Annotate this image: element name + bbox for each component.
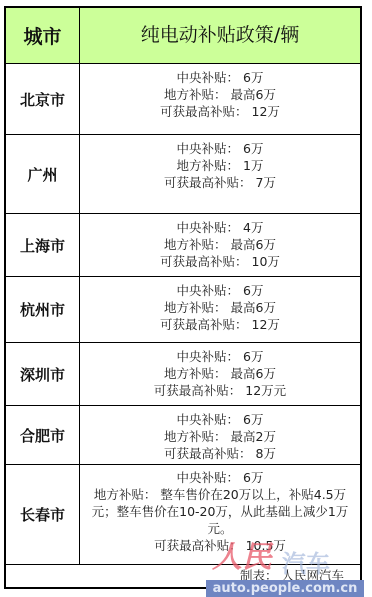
city-cell: 长春市	[6, 465, 80, 564]
max-subsidy: 可获最高补贴： 12万	[160, 316, 280, 333]
city-cell: 广州	[6, 135, 80, 213]
watermark-logo-red: 人民	[212, 532, 272, 576]
city-cell: 深圳市	[6, 343, 80, 405]
city-cell: 北京市	[6, 64, 80, 134]
policy-cell: 中央补贴： 6万 地方补贴： 最高6万 可获最高补贴： 12万元	[80, 343, 360, 405]
table-row: 广州 中央补贴： 6万 地方补贴： 1万 可获最高补贴： 7万	[6, 135, 360, 214]
policy-cell: 中央补贴： 6万 地方补贴： 最高2万 可获最高补贴： 8万	[80, 406, 360, 464]
city-cell: 上海市	[6, 214, 80, 276]
watermark-logo-blue: 汽车	[282, 544, 330, 579]
central-subsidy: 中央补贴： 6万	[177, 469, 264, 486]
max-subsidy: 可获最高补贴： 7万	[164, 174, 276, 191]
policy-cell: 中央补贴： 4万 地方补贴： 最高6万 可获最高补贴： 10万	[80, 214, 360, 276]
central-subsidy: 中央补贴： 6万	[177, 348, 264, 365]
policy-cell: 中央补贴： 6万 地方补贴： 最高6万 可获最高补贴： 12万	[80, 64, 360, 134]
table-row: 上海市 中央补贴： 4万 地方补贴： 最高6万 可获最高补贴： 10万	[6, 214, 360, 277]
watermark-url: auto.people.com.cn	[206, 580, 364, 597]
central-subsidy: 中央补贴： 6万	[177, 69, 264, 86]
city-cell: 杭州市	[6, 277, 80, 342]
subsidy-table: 城市 纯电动补贴政策/辆 北京市 中央补贴： 6万 地方补贴： 最高6万 可获最…	[4, 6, 362, 589]
table-row: 杭州市 中央补贴： 6万 地方补贴： 最高6万 可获最高补贴： 12万	[6, 277, 360, 343]
local-subsidy: 地方补贴： 最高6万	[164, 236, 276, 253]
local-subsidy: 地方补贴： 1万	[177, 157, 264, 174]
local-subsidy: 地方补贴： 最高6万	[164, 86, 276, 103]
table-row: 合肥市 中央补贴： 6万 地方补贴： 最高2万 可获最高补贴： 8万	[6, 406, 360, 465]
local-subsidy: 地方补贴： 最高6万	[164, 365, 276, 382]
max-subsidy: 可获最高补贴： 10万	[160, 253, 280, 270]
table-row: 深圳市 中央补贴： 6万 地方补贴： 最高6万 可获最高补贴： 12万元	[6, 343, 360, 406]
central-subsidy: 中央补贴： 4万	[177, 219, 264, 236]
policy-cell: 中央补贴： 6万 地方补贴： 1万 可获最高补贴： 7万	[80, 135, 360, 213]
central-subsidy: 中央补贴： 6万	[177, 411, 264, 428]
table-row: 北京市 中央补贴： 6万 地方补贴： 最高6万 可获最高补贴： 12万	[6, 64, 360, 135]
table-header: 城市 纯电动补贴政策/辆	[6, 8, 360, 64]
max-subsidy: 可获最高补贴： 12万	[160, 103, 280, 120]
policy-cell: 中央补贴： 6万 地方补贴： 最高6万 可获最高补贴： 12万	[80, 277, 360, 342]
central-subsidy: 中央补贴： 6万	[177, 140, 264, 157]
central-subsidy: 中央补贴： 6万	[177, 282, 264, 299]
local-subsidy: 地方补贴： 最高2万	[164, 428, 276, 445]
header-city: 城市	[6, 8, 80, 63]
local-subsidy: 地方补贴： 最高6万	[164, 299, 276, 316]
max-subsidy: 可获最高补贴： 12万元	[154, 382, 286, 399]
local-subsidy: 地方补贴： 整车售价在20万以上，补贴4.5万元；整车售价在10-20万，从此基…	[86, 486, 354, 537]
city-cell: 合肥市	[6, 406, 80, 464]
max-subsidy: 可获最高补贴： 8万	[164, 445, 276, 462]
header-policy: 纯电动补贴政策/辆	[80, 8, 360, 63]
